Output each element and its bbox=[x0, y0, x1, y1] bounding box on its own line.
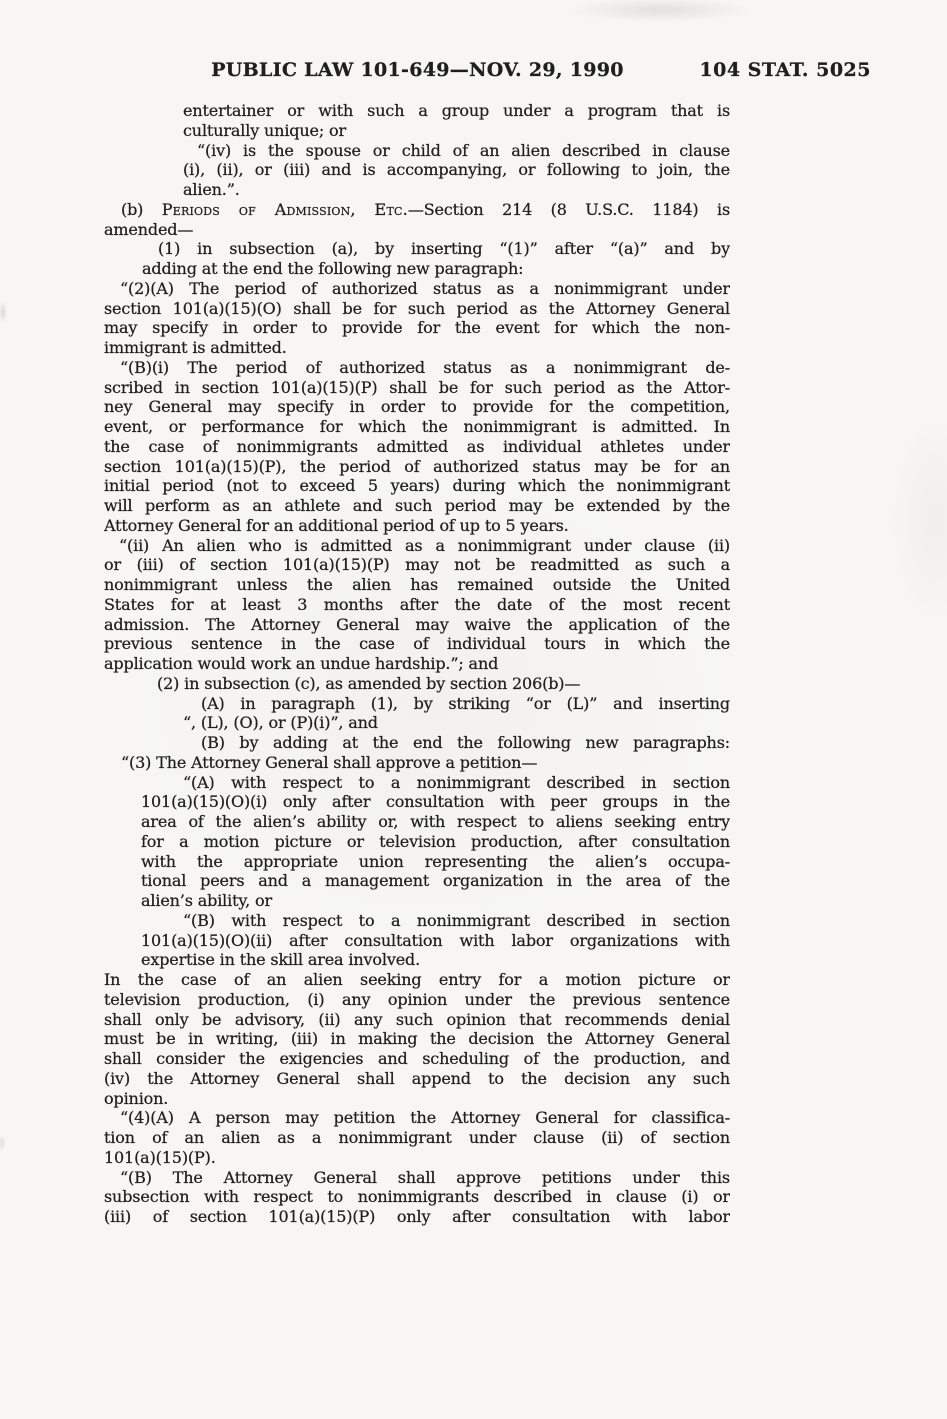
text-line: “(iv) is the spouse or child of an alien… bbox=[104, 141, 730, 161]
text-line: (b) Periods of Admission, Etc.—Section 2… bbox=[104, 200, 730, 220]
text-line: initial period (not to exceed 5 years) d… bbox=[104, 476, 730, 496]
text-line: ney General may specify in order to prov… bbox=[104, 397, 730, 417]
text-line: shall only be advisory, (ii) any such op… bbox=[104, 1010, 730, 1030]
text-line: may specify in order to provide for the … bbox=[104, 318, 730, 338]
running-head-law-title: PUBLIC LAW 101-649—NOV. 29, 1990 bbox=[105, 59, 730, 81]
text-line: “(4)(A) A person may petition the Attorn… bbox=[104, 1108, 730, 1128]
text-line: subsection with respect to nonimmigrants… bbox=[104, 1187, 730, 1207]
text-line: alien’s ability, or bbox=[104, 891, 730, 911]
text-line: alien.”. bbox=[104, 180, 730, 200]
text-line: nonimmigrant unless the alien has remain… bbox=[104, 575, 730, 595]
text-line: culturally unique; or bbox=[104, 121, 730, 141]
text-line: section 101(a)(15)(P), the period of aut… bbox=[104, 457, 730, 477]
text-line: area of the alien’s ability or, with res… bbox=[104, 812, 730, 832]
text-line: with the appropriate union representing … bbox=[104, 852, 730, 872]
text-line: previous sentence in the case of individ… bbox=[104, 634, 730, 654]
text-line: “, (L), (O), or (P)(i)”, and bbox=[104, 713, 730, 733]
running-head-stat-page-number: 104 STAT. 5025 bbox=[699, 59, 871, 81]
text-line: (2) in subsection (c), as amended by sec… bbox=[104, 674, 730, 694]
scanned-statute-page: PUBLIC LAW 101-649—NOV. 29, 1990 104 STA… bbox=[0, 0, 947, 1419]
text-line: opinion. bbox=[104, 1089, 730, 1109]
text-line: “(2)(A) The period of authorized status … bbox=[104, 279, 730, 299]
text-line: the case of nonimmigrants admitted as in… bbox=[104, 437, 730, 457]
text-line: 101(a)(15)(P). bbox=[104, 1148, 730, 1168]
text-line: tional peers and a management organizati… bbox=[104, 871, 730, 891]
text-line: (iv) the Attorney General shall append t… bbox=[104, 1069, 730, 1089]
text-line: (1) in subsection (a), by inserting “(1)… bbox=[104, 239, 730, 259]
text-line: In the case of an alien seeking entry fo… bbox=[104, 970, 730, 990]
text-line: or (iii) of section 101(a)(15)(P) may no… bbox=[104, 555, 730, 575]
text-line: 101(a)(15)(O)(i) only after consultation… bbox=[104, 792, 730, 812]
text-line: (i), (ii), or (iii) and is accompanying,… bbox=[104, 160, 730, 180]
text-line: section 101(a)(15)(O) shall be for such … bbox=[104, 299, 730, 319]
text-line: “(B) The Attorney General shall approve … bbox=[104, 1168, 730, 1188]
text-line: tion of an alien as a nonimmigrant under… bbox=[104, 1128, 730, 1148]
text-line: Attorney General for an additional perio… bbox=[104, 516, 730, 536]
text-line: “(3) The Attorney General shall approve … bbox=[104, 753, 730, 773]
text-line: admission. The Attorney General may waiv… bbox=[104, 615, 730, 635]
text-line: “(ii) An alien who is admitted as a noni… bbox=[104, 536, 730, 556]
text-line: 101(a)(15)(O)(ii) after consultation wit… bbox=[104, 931, 730, 951]
small-caps-heading: Periods of Admission, Etc. bbox=[162, 200, 408, 219]
text-line: will perform as an athlete and such peri… bbox=[104, 496, 730, 516]
text-line: “(B) with respect to a nonimmigrant desc… bbox=[104, 911, 730, 931]
text-line: expertise in the skill area involved. bbox=[104, 950, 730, 970]
text-line: shall consider the exigencies and schedu… bbox=[104, 1049, 730, 1069]
text-line: amended— bbox=[104, 220, 730, 240]
text-line: (B) by adding at the end the following n… bbox=[104, 733, 730, 753]
text-line: event, or performance for which the noni… bbox=[104, 417, 730, 437]
text-line: adding at the end the following new para… bbox=[104, 259, 730, 279]
text-line: (A) in paragraph (1), by striking “or (L… bbox=[104, 694, 730, 714]
statute-text-column: entertainer or with such a group under a… bbox=[104, 101, 730, 1227]
text-line: for a motion picture or television produ… bbox=[104, 832, 730, 852]
text-line: States for at least 3 months after the d… bbox=[104, 595, 730, 615]
text-line: television production, (i) any opinion u… bbox=[104, 990, 730, 1010]
text-line: “(A) with respect to a nonimmigrant desc… bbox=[104, 773, 730, 793]
text-line: must be in writing, (iii) in making the … bbox=[104, 1029, 730, 1049]
text-line: (iii) of section 101(a)(15)(P) only afte… bbox=[104, 1207, 730, 1227]
text-line: immigrant is admitted. bbox=[104, 338, 730, 358]
text-line: entertainer or with such a group under a… bbox=[104, 101, 730, 121]
text-line: application would work an undue hardship… bbox=[104, 654, 730, 674]
text-line: “(B)(i) The period of authorized status … bbox=[104, 358, 730, 378]
text-line: scribed in section 101(a)(15)(P) shall b… bbox=[104, 378, 730, 398]
